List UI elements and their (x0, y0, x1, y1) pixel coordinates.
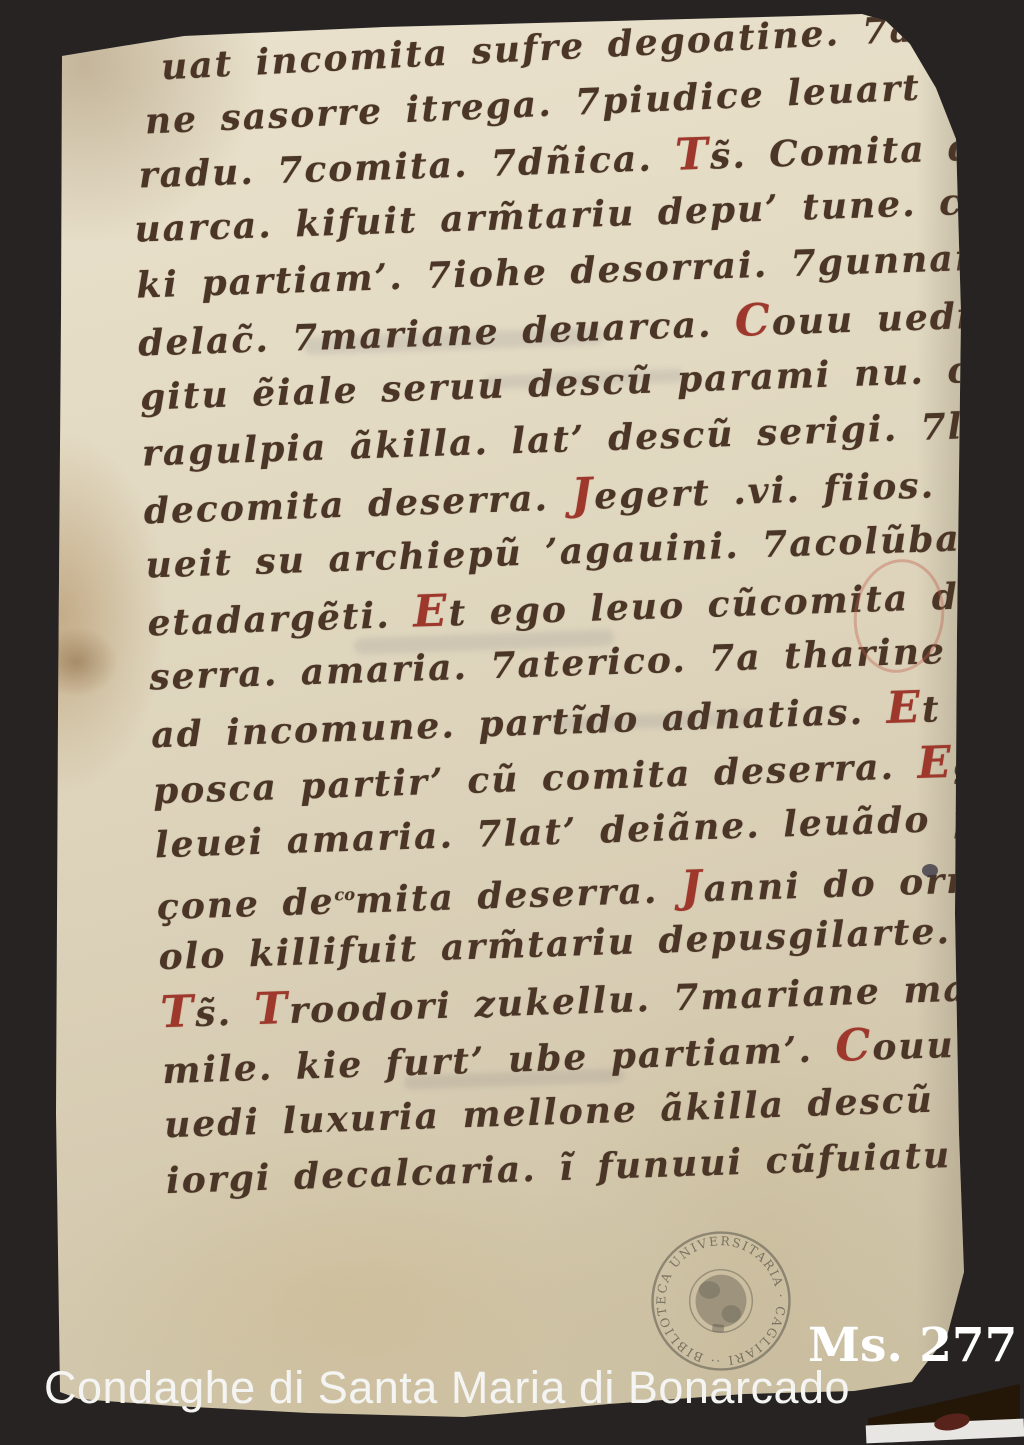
text-segment: ouu uedi e (771, 293, 1021, 343)
text-segment: co (334, 885, 355, 905)
ink-blot (922, 864, 938, 877)
text-segment: s̃. Comita de (709, 126, 1001, 178)
rubric-initial: E (412, 586, 449, 638)
rubric-initial: T (160, 986, 196, 1038)
manuscript-photo: uat incomita sufre degoatine. 7adelene s… (0, 0, 1024, 1445)
rubric-initial: T (254, 983, 290, 1035)
text-segment: çone de (156, 880, 335, 928)
text-segment: etadargẽti. (147, 594, 414, 645)
text-segment: decomita deserra. (143, 476, 572, 532)
rubric-initial: J (571, 469, 595, 521)
text-segment: anni do orro (703, 859, 994, 911)
rubric-initial: E (917, 737, 954, 789)
fore-edge-crease (965, 124, 977, 1314)
manuscript-number: Ms. 277 (808, 1318, 1017, 1373)
text-segment: t (921, 688, 941, 731)
rubric-initial: C (834, 1020, 873, 1072)
rubric-initial: E (886, 682, 923, 734)
rubric-initial: T (674, 129, 710, 181)
parchment-page: uat incomita sufre degoatine. 7adelene s… (54, 14, 1000, 1428)
rubric-initial: C (734, 295, 773, 347)
text-segment: go (952, 742, 1007, 786)
caption-title: Condaghe di Santa Maria di Bonarcado (44, 1362, 850, 1414)
text-segment: egert .vi. fiios. le (594, 462, 999, 517)
rubric-initial: J (680, 861, 704, 913)
screenshot-root: { "photo": { "background_color": "#26232… (0, 0, 1024, 1445)
text-segment: s̃. (195, 991, 256, 1035)
text-segment: ouu (872, 1024, 956, 1069)
